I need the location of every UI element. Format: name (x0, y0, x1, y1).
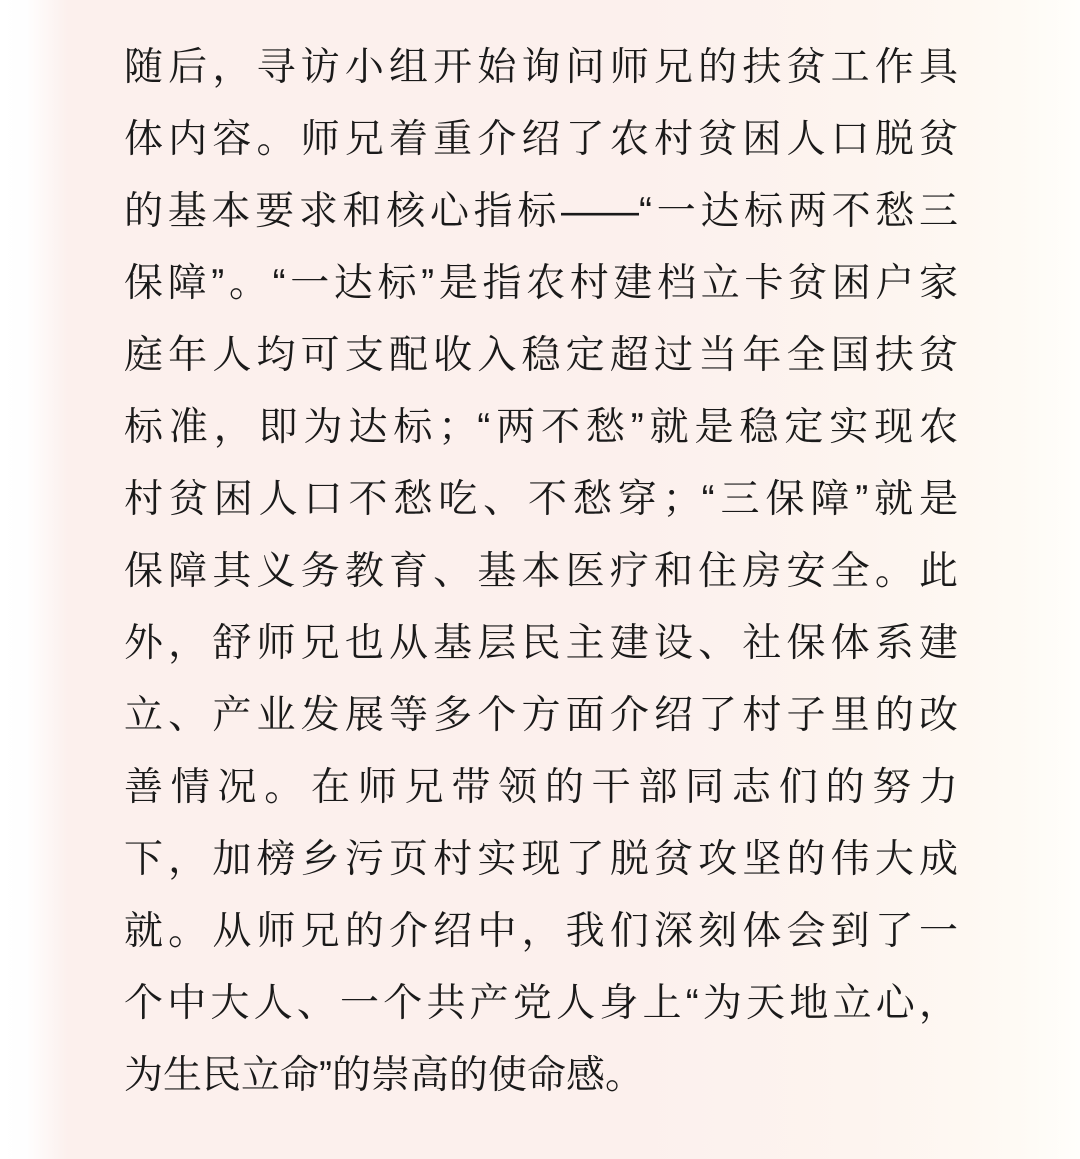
paragraph-line: 标准，即为达标；“两不愁”就是稳定实现农 (124, 392, 958, 464)
paragraph-line: 的基本要求和核心指标——“一达标两不愁三 (124, 176, 958, 248)
paragraph-line: 就。从师兄的介绍中，我们深刻体会到了一 (124, 896, 958, 968)
paragraph-line: 立、产业发展等多个方面介绍了村子里的改 (124, 680, 958, 752)
paragraph-line: 庭年人均可支配收入稳定超过当年全国扶贫 (124, 320, 958, 392)
paragraph-line: 保障其义务教育、基本医疗和住房安全。此 (124, 536, 958, 608)
paragraph: 随后，寻访小组开始询问师兄的扶贫工作具 体内容。师兄着重介绍了农村贫困人口脱贫 … (124, 32, 958, 1112)
paragraph-line: 为生民立命”的崇高的使命感。 (124, 1040, 958, 1112)
paragraph-line: 外，舒师兄也从基层民主建设、社保体系建 (124, 608, 958, 680)
paragraph-line: 随后，寻访小组开始询问师兄的扶贫工作具 (124, 32, 958, 104)
paragraph-line: 个中大人、一个共产党人身上“为天地立心， (124, 968, 958, 1040)
paragraph-line: 体内容。师兄着重介绍了农村贫困人口脱贫 (124, 104, 958, 176)
paragraph-line: 村贫困人口不愁吃、不愁穿；“三保障”就是 (124, 464, 958, 536)
paragraph-line: 下，加榜乡污页村实现了脱贫攻坚的伟大成 (124, 824, 958, 896)
paragraph-line: 善情况。在师兄带领的干部同志们的努力 (124, 752, 958, 824)
paragraph-line: 保障”。“一达标”是指农村建档立卡贫困户家 (124, 248, 958, 320)
